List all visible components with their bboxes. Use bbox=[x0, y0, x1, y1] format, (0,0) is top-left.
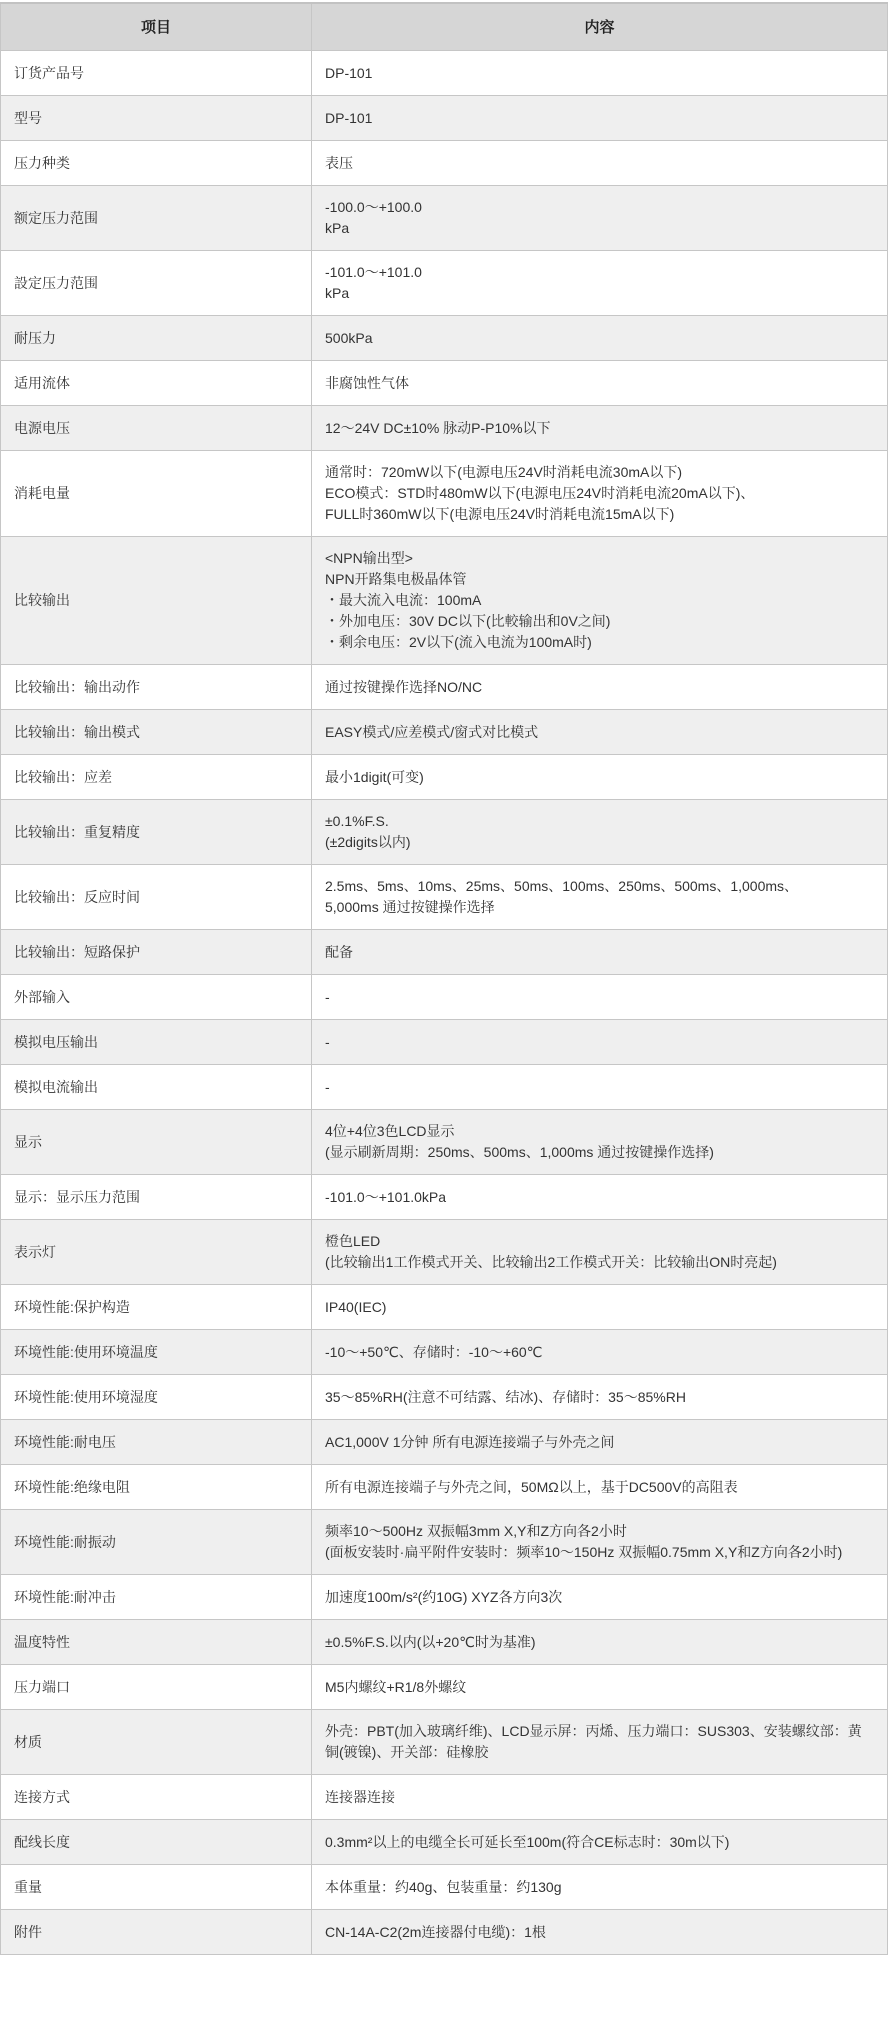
row-item-label: 适用流体 bbox=[14, 375, 70, 391]
table-row: 订货产品号 DP-101 bbox=[1, 51, 888, 96]
row-item-label: 表示灯 bbox=[14, 1244, 56, 1260]
row-item-label: 外部输入 bbox=[14, 989, 70, 1005]
row-content-line: 500kPa bbox=[325, 328, 874, 349]
row-content-cell: 通过按键操作选择NO/NC bbox=[312, 665, 888, 710]
table-row: 环境性能:耐冲击 加速度100m/s²(约10G) XYZ各方向3次 bbox=[1, 1575, 888, 1620]
row-content-cell: 加速度100m/s²(约10G) XYZ各方向3次 bbox=[312, 1575, 888, 1620]
row-item-label: 额定压力范围 bbox=[14, 210, 98, 226]
row-content-cell: 本体重量：约40g、包装重量：约130g bbox=[312, 1865, 888, 1910]
row-content-line: -10～+50℃、存储时：-10～+60℃ bbox=[325, 1342, 874, 1363]
table-row: 模拟电流输出 - bbox=[1, 1065, 888, 1110]
row-content-line: kPa bbox=[325, 218, 874, 239]
row-content-line: ・剩余电压：2V以下(流入电流为100mA时) bbox=[325, 632, 874, 653]
row-item-label: 环境性能:使用环境湿度 bbox=[14, 1389, 158, 1405]
row-item-cell: 消耗电量 bbox=[1, 451, 312, 537]
row-item-label: 比较输出：重复精度 bbox=[14, 824, 140, 840]
row-content-cell: DP-101 bbox=[312, 51, 888, 96]
row-content-cell: 500kPa bbox=[312, 316, 888, 361]
table-row: 连接方式 连接器连接 bbox=[1, 1775, 888, 1820]
row-item-label: 环境性能:耐冲击 bbox=[14, 1589, 116, 1605]
row-content-cell: - bbox=[312, 975, 888, 1020]
row-content-line: ±0.1%F.S. bbox=[325, 811, 874, 832]
row-content-cell: -101.0～+101.0kPa bbox=[312, 1175, 888, 1220]
row-content-line: NPN开路集电极晶体管 bbox=[325, 569, 874, 590]
row-content-line: (比较输出1工作模式开关、比较输出2工作模式开关：比较输出ON时亮起) bbox=[325, 1252, 874, 1273]
row-item-cell: 比较输出：输出动作 bbox=[1, 665, 312, 710]
row-content-cell: EASY模式/应差模式/窗式对比模式 bbox=[312, 710, 888, 755]
row-content-line: 所有电源连接端子与外壳之间，50MΩ以上，基于DC500V的高阻表 bbox=[325, 1477, 874, 1498]
row-item-cell: 設定压力范围 bbox=[1, 251, 312, 316]
row-item-cell: 比较输出 bbox=[1, 537, 312, 665]
row-item-cell: 模拟电流输出 bbox=[1, 1065, 312, 1110]
row-item-cell: 材质 bbox=[1, 1710, 312, 1775]
row-content-cell: 12～24V DC±10% 脉动P-P10%以下 bbox=[312, 406, 888, 451]
row-item-cell: 环境性能:耐电压 bbox=[1, 1420, 312, 1465]
row-item-cell: 比较输出：应差 bbox=[1, 755, 312, 800]
row-item-cell: 适用流体 bbox=[1, 361, 312, 406]
spec-table: 项目 内容 订货产品号 DP-101 型号 DP-101 压力种类 表压 额定压… bbox=[0, 2, 888, 1955]
row-content-cell: 最小1digit(可变) bbox=[312, 755, 888, 800]
row-content-line: IP40(IEC) bbox=[325, 1297, 874, 1318]
table-row: 設定压力范围 -101.0～+101.0kPa bbox=[1, 251, 888, 316]
row-content-cell: 非腐蚀性气体 bbox=[312, 361, 888, 406]
row-item-cell: 表示灯 bbox=[1, 1220, 312, 1285]
row-content-cell: ±0.1%F.S.(±2digits以内) bbox=[312, 800, 888, 865]
row-item-cell: 温度特性 bbox=[1, 1620, 312, 1665]
table-row: 比较输出：应差 最小1digit(可变) bbox=[1, 755, 888, 800]
table-row: 比较输出：重复精度 ±0.1%F.S.(±2digits以内) bbox=[1, 800, 888, 865]
row-item-label: 材质 bbox=[14, 1734, 42, 1750]
table-row: 压力端口 M5内螺纹+R1/8外螺纹 bbox=[1, 1665, 888, 1710]
table-row: 表示灯 橙色LED(比较输出1工作模式开关、比较输出2工作模式开关：比较输出ON… bbox=[1, 1220, 888, 1285]
row-item-cell: 比较输出：反应时间 bbox=[1, 865, 312, 930]
table-header-row: 项目 内容 bbox=[1, 3, 888, 51]
row-content-cell: - bbox=[312, 1065, 888, 1110]
row-item-label: 模拟电压输出 bbox=[14, 1034, 98, 1050]
row-content-line: (±2digits以内) bbox=[325, 832, 874, 853]
row-content-cell: 外壳：PBT(加入玻璃纤维)、LCD显示屏：丙烯、压力端口：SUS303、安装螺… bbox=[312, 1710, 888, 1775]
table-row: 温度特性 ±0.5%F.S.以内(以+20℃时为基准) bbox=[1, 1620, 888, 1665]
row-item-cell: 连接方式 bbox=[1, 1775, 312, 1820]
row-content-cell: -10～+50℃、存储时：-10～+60℃ bbox=[312, 1330, 888, 1375]
row-item-label: 型号 bbox=[14, 110, 42, 126]
row-content-cell: 表压 bbox=[312, 141, 888, 186]
row-content-cell: 频率10～500Hz 双振幅3mm X,Y和Z方向各2小时(面板安装时·扁平附件… bbox=[312, 1510, 888, 1575]
row-content-line: ・最大流入电流：100mA bbox=[325, 590, 874, 611]
row-item-label: 比较输出 bbox=[14, 592, 70, 608]
row-item-label: 附件 bbox=[14, 1924, 42, 1940]
row-content-line: 配备 bbox=[325, 942, 874, 963]
row-item-cell: 额定压力范围 bbox=[1, 186, 312, 251]
column-header-item: 项目 bbox=[1, 3, 312, 51]
row-item-cell: 配线长度 bbox=[1, 1820, 312, 1865]
spec-table-container: 项目 内容 订货产品号 DP-101 型号 DP-101 压力种类 表压 额定压… bbox=[0, 2, 887, 1955]
row-item-cell: 比较输出：重复精度 bbox=[1, 800, 312, 865]
row-content-line: 12～24V DC±10% 脉动P-P10%以下 bbox=[325, 418, 874, 439]
row-item-cell: 显示：显示压力范围 bbox=[1, 1175, 312, 1220]
row-content-line: (显示刷新周期：250ms、500ms、1,000ms 通过按键操作选择) bbox=[325, 1142, 874, 1163]
row-content-cell: 连接器连接 bbox=[312, 1775, 888, 1820]
row-content-cell: 橙色LED(比较输出1工作模式开关、比较输出2工作模式开关：比较输出ON时亮起) bbox=[312, 1220, 888, 1285]
row-item-label: 比较输出：输出模式 bbox=[14, 724, 140, 740]
row-item-cell: 环境性能:使用环境湿度 bbox=[1, 1375, 312, 1420]
row-item-cell: 型号 bbox=[1, 96, 312, 141]
row-content-cell: <NPN输出型>NPN开路集电极晶体管・最大流入电流：100mA・外加电压：30… bbox=[312, 537, 888, 665]
row-content-line: 频率10～500Hz 双振幅3mm X,Y和Z方向各2小时 bbox=[325, 1521, 874, 1542]
row-item-cell: 比较输出：输出模式 bbox=[1, 710, 312, 755]
row-item-label: 订货产品号 bbox=[14, 65, 84, 81]
row-item-label: 配线长度 bbox=[14, 1834, 70, 1850]
table-row: 配线长度 0.3mm²以上的电缆全长可延长至100m(符合CE标志时：30m以下… bbox=[1, 1820, 888, 1865]
row-content-line: ±0.5%F.S.以内(以+20℃时为基准) bbox=[325, 1632, 874, 1653]
row-item-label: 比较输出：短路保护 bbox=[14, 944, 140, 960]
row-item-cell: 环境性能:耐振动 bbox=[1, 1510, 312, 1575]
row-item-label: 比较输出：输出动作 bbox=[14, 679, 140, 695]
row-content-line: 本体重量：约40g、包装重量：约130g bbox=[325, 1877, 874, 1898]
row-content-line: DP-101 bbox=[325, 108, 874, 129]
row-content-line: ・外加电压：30V DC以下(比較输出和0V之间) bbox=[325, 611, 874, 632]
table-row: 重量 本体重量：约40g、包装重量：约130g bbox=[1, 1865, 888, 1910]
row-content-cell: -100.0～+100.0kPa bbox=[312, 186, 888, 251]
row-item-label: 重量 bbox=[14, 1879, 42, 1895]
table-row: 比较输出：输出动作 通过按键操作选择NO/NC bbox=[1, 665, 888, 710]
row-content-line: 通常时：720mW以下(电源电压24V时消耗电流30mA以下) bbox=[325, 462, 874, 483]
row-content-line: 2.5ms、5ms、10ms、25ms、50ms、100ms、250ms、500… bbox=[325, 876, 874, 897]
row-content-line: EASY模式/应差模式/窗式对比模式 bbox=[325, 722, 874, 743]
row-content-line: 4位+4位3色LCD显示 bbox=[325, 1121, 874, 1142]
row-content-line: 非腐蚀性气体 bbox=[325, 373, 874, 394]
row-content-line: 0.3mm²以上的电缆全长可延长至100m(符合CE标志时：30m以下) bbox=[325, 1832, 874, 1853]
row-item-cell: 附件 bbox=[1, 1910, 312, 1955]
row-content-line: - bbox=[325, 987, 874, 1008]
row-item-cell: 模拟电压输出 bbox=[1, 1020, 312, 1065]
table-row: 额定压力范围 -100.0～+100.0kPa bbox=[1, 186, 888, 251]
row-item-label: 設定压力范围 bbox=[14, 275, 98, 291]
table-row: 环境性能:使用环境温度 -10～+50℃、存储时：-10～+60℃ bbox=[1, 1330, 888, 1375]
row-item-label: 环境性能:耐电压 bbox=[14, 1434, 116, 1450]
row-item-cell: 比较输出：短路保护 bbox=[1, 930, 312, 975]
row-item-label: 压力种类 bbox=[14, 155, 70, 171]
table-row: 比较输出：输出模式 EASY模式/应差模式/窗式对比模式 bbox=[1, 710, 888, 755]
row-item-label: 耐压力 bbox=[14, 330, 56, 346]
row-item-cell: 环境性能:使用环境温度 bbox=[1, 1330, 312, 1375]
row-content-line: ECO模式：STD时480mW以下(电源电压24V时消耗电流20mA以下)、 bbox=[325, 483, 874, 504]
row-content-line: -101.0～+101.0kPa bbox=[325, 1187, 874, 1208]
table-row: 消耗电量 通常时：720mW以下(电源电压24V时消耗电流30mA以下)ECO模… bbox=[1, 451, 888, 537]
row-content-line: 表压 bbox=[325, 153, 874, 174]
row-item-label: 环境性能:绝缘电阻 bbox=[14, 1479, 130, 1495]
row-item-label: 温度特性 bbox=[14, 1634, 70, 1650]
table-row: 环境性能:保护构造 IP40(IEC) bbox=[1, 1285, 888, 1330]
row-content-cell: 35～85%RH(注意不可结露、结冰)、存储时：35～85%RH bbox=[312, 1375, 888, 1420]
row-content-cell: 通常时：720mW以下(电源电压24V时消耗电流30mA以下)ECO模式：STD… bbox=[312, 451, 888, 537]
row-content-cell: DP-101 bbox=[312, 96, 888, 141]
row-content-cell: M5内螺纹+R1/8外螺纹 bbox=[312, 1665, 888, 1710]
row-item-cell: 耐压力 bbox=[1, 316, 312, 361]
row-content-cell: 4位+4位3色LCD显示(显示刷新周期：250ms、500ms、1,000ms … bbox=[312, 1110, 888, 1175]
row-item-cell: 环境性能:保护构造 bbox=[1, 1285, 312, 1330]
row-content-line: - bbox=[325, 1032, 874, 1053]
table-row: 显示：显示压力范围 -101.0～+101.0kPa bbox=[1, 1175, 888, 1220]
row-item-label: 压力端口 bbox=[14, 1679, 70, 1695]
row-item-label: 比较输出：应差 bbox=[14, 769, 112, 785]
row-content-cell: 所有电源连接端子与外壳之间，50MΩ以上，基于DC500V的高阻表 bbox=[312, 1465, 888, 1510]
row-content-cell: ±0.5%F.S.以内(以+20℃时为基准) bbox=[312, 1620, 888, 1665]
row-item-label: 环境性能:使用环境温度 bbox=[14, 1344, 158, 1360]
row-item-label: 比较输出：反应时间 bbox=[14, 889, 140, 905]
row-content-line: <NPN输出型> bbox=[325, 548, 874, 569]
row-item-cell: 电源电压 bbox=[1, 406, 312, 451]
row-content-line: 加速度100m/s²(约10G) XYZ各方向3次 bbox=[325, 1587, 874, 1608]
row-item-label: 环境性能:保护构造 bbox=[14, 1299, 130, 1315]
table-row: 环境性能:使用环境湿度 35～85%RH(注意不可结露、结冰)、存储时：35～8… bbox=[1, 1375, 888, 1420]
row-content-cell: IP40(IEC) bbox=[312, 1285, 888, 1330]
row-item-label: 环境性能:耐振动 bbox=[14, 1534, 116, 1550]
table-row: 环境性能:耐电压 AC1,000V 1分钟 所有电源连接端子与外壳之间 bbox=[1, 1420, 888, 1465]
row-item-cell: 显示 bbox=[1, 1110, 312, 1175]
row-content-line: M5内螺纹+R1/8外螺纹 bbox=[325, 1677, 874, 1698]
row-item-label: 电源电压 bbox=[14, 420, 70, 436]
row-content-cell: -101.0～+101.0kPa bbox=[312, 251, 888, 316]
row-content-line: 5,000ms 通过按键操作选择 bbox=[325, 897, 874, 918]
row-content-line: 连接器连接 bbox=[325, 1787, 874, 1808]
row-content-line: -100.0～+100.0 bbox=[325, 197, 874, 218]
table-row: 环境性能:绝缘电阻 所有电源连接端子与外壳之间，50MΩ以上，基于DC500V的… bbox=[1, 1465, 888, 1510]
table-row: 耐压力 500kPa bbox=[1, 316, 888, 361]
table-row: 环境性能:耐振动 频率10～500Hz 双振幅3mm X,Y和Z方向各2小时(面… bbox=[1, 1510, 888, 1575]
row-content-line: 通过按键操作选择NO/NC bbox=[325, 677, 874, 698]
table-row: 比较输出：反应时间 2.5ms、5ms、10ms、25ms、50ms、100ms… bbox=[1, 865, 888, 930]
row-item-label: 连接方式 bbox=[14, 1789, 70, 1805]
row-content-cell: AC1,000V 1分钟 所有电源连接端子与外壳之间 bbox=[312, 1420, 888, 1465]
table-row: 压力种类 表压 bbox=[1, 141, 888, 186]
row-item-label: 消耗电量 bbox=[14, 485, 70, 501]
row-content-line: -101.0～+101.0 bbox=[325, 262, 874, 283]
row-content-cell: 2.5ms、5ms、10ms、25ms、50ms、100ms、250ms、500… bbox=[312, 865, 888, 930]
table-row: 适用流体 非腐蚀性气体 bbox=[1, 361, 888, 406]
table-row: 型号 DP-101 bbox=[1, 96, 888, 141]
row-content-cell: - bbox=[312, 1020, 888, 1065]
row-content-line: - bbox=[325, 1077, 874, 1098]
row-content-line: CN-14A-C2(2m连接器付电缆)：1根 bbox=[325, 1922, 874, 1943]
row-item-cell: 环境性能:耐冲击 bbox=[1, 1575, 312, 1620]
row-item-label: 显示：显示压力范围 bbox=[14, 1189, 140, 1205]
row-content-line: DP-101 bbox=[325, 63, 874, 84]
row-content-cell: 0.3mm²以上的电缆全长可延长至100m(符合CE标志时：30m以下) bbox=[312, 1820, 888, 1865]
row-content-line: (面板安装时·扁平附件安装时：频率10～150Hz 双振幅0.75mm X,Y和… bbox=[325, 1542, 874, 1563]
row-content-line: 35～85%RH(注意不可结露、结冰)、存储时：35～85%RH bbox=[325, 1387, 874, 1408]
table-row: 比较输出：短路保护 配备 bbox=[1, 930, 888, 975]
row-content-cell: CN-14A-C2(2m连接器付电缆)：1根 bbox=[312, 1910, 888, 1955]
row-item-cell: 外部输入 bbox=[1, 975, 312, 1020]
row-item-cell: 压力种类 bbox=[1, 141, 312, 186]
row-item-label: 模拟电流输出 bbox=[14, 1079, 98, 1095]
table-row: 电源电压 12～24V DC±10% 脉动P-P10%以下 bbox=[1, 406, 888, 451]
row-content-line: 最小1digit(可变) bbox=[325, 767, 874, 788]
row-item-cell: 压力端口 bbox=[1, 1665, 312, 1710]
row-item-cell: 重量 bbox=[1, 1865, 312, 1910]
row-content-line: FULL时360mW以下(电源电压24V时消耗电流15mA以下) bbox=[325, 504, 874, 525]
row-item-cell: 订货产品号 bbox=[1, 51, 312, 96]
column-header-content: 内容 bbox=[312, 3, 888, 51]
table-row: 显示 4位+4位3色LCD显示(显示刷新周期：250ms、500ms、1,000… bbox=[1, 1110, 888, 1175]
row-content-line: 外壳：PBT(加入玻璃纤维)、LCD显示屏：丙烯、压力端口：SUS303、安装螺… bbox=[325, 1721, 874, 1763]
table-row: 附件 CN-14A-C2(2m连接器付电缆)：1根 bbox=[1, 1910, 888, 1955]
row-content-line: kPa bbox=[325, 283, 874, 304]
row-item-label: 显示 bbox=[14, 1134, 42, 1150]
row-content-line: AC1,000V 1分钟 所有电源连接端子与外壳之间 bbox=[325, 1432, 874, 1453]
row-content-cell: 配备 bbox=[312, 930, 888, 975]
table-body: 订货产品号 DP-101 型号 DP-101 压力种类 表压 额定压力范围 -1… bbox=[1, 51, 888, 1955]
table-row: 外部输入 - bbox=[1, 975, 888, 1020]
table-row: 比较输出 <NPN输出型>NPN开路集电极晶体管・最大流入电流：100mA・外加… bbox=[1, 537, 888, 665]
table-row: 模拟电压输出 - bbox=[1, 1020, 888, 1065]
table-row: 材质 外壳：PBT(加入玻璃纤维)、LCD显示屏：丙烯、压力端口：SUS303、… bbox=[1, 1710, 888, 1775]
row-content-line: 橙色LED bbox=[325, 1231, 874, 1252]
row-item-cell: 环境性能:绝缘电阻 bbox=[1, 1465, 312, 1510]
